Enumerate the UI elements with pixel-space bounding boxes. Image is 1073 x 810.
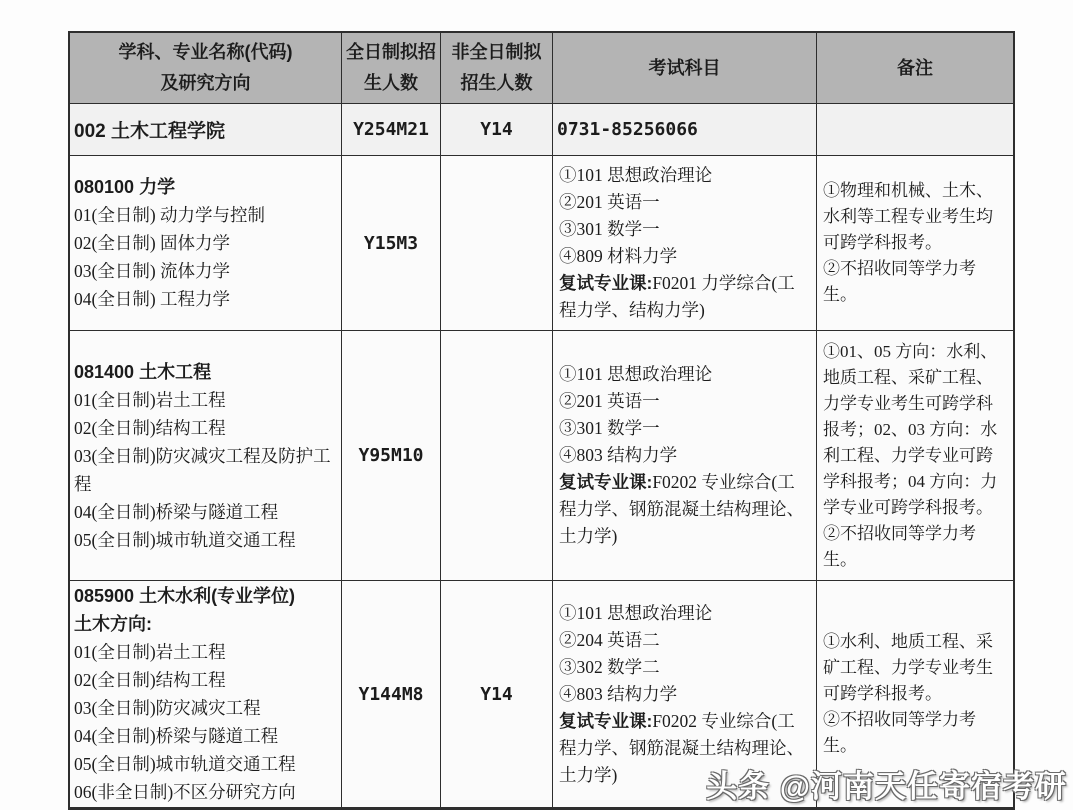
exam-subjects: ①101 思想政治理论 ②204 英语二 ③302 数学二 ④803 结构力学 xyxy=(559,600,812,708)
retest-course: 复试专业课:F0201 力学综合(工程力学、结构力学) xyxy=(559,270,812,324)
program-cell: 081400 土木工程 01(全日制)岩土工程 02(全日制)结构工程 03(全… xyxy=(70,331,342,581)
parttime-quota xyxy=(441,331,553,581)
fulltime-quota: Y95M10 xyxy=(342,331,441,581)
college-phone: 0731-85256066 xyxy=(553,104,817,156)
retest-label: 复试专业课: xyxy=(559,472,652,492)
fulltime-quota: Y15M3 xyxy=(342,156,441,331)
exam-subjects-cell: ①101 思想政治理论 ②201 英语一 ③301 数学一 ④809 材料力学 … xyxy=(553,156,817,331)
program-cell: 080100 力学 01(全日制) 动力学与控制 02(全日制) 固体力学 03… xyxy=(70,156,342,331)
program-subtitle: 土木方向: xyxy=(74,610,335,638)
retest-label: 复试专业课: xyxy=(559,273,652,293)
fulltime-quota: Y144M8 xyxy=(342,581,441,808)
header-exam-column: 考试科目 xyxy=(553,33,817,104)
header-parttime-column: 非全日制拟 招生人数 xyxy=(441,33,553,104)
parttime-quota xyxy=(441,156,553,331)
program-cell: 085900 土木水利(专业学位) 土木方向: 01(全日制)岩土工程 02(全… xyxy=(70,581,342,808)
remarks-cell: ①物理和机械、土木、水利等工程专业考生均可跨学科报考。 ②不招收同等学力考生。 xyxy=(817,156,1013,331)
college-name: 002 土木工程学院 xyxy=(70,104,342,156)
document-page: 学科、专业名称(代码) 及研究方向 全日制拟招 生人数 非全日制拟 招生人数 考… xyxy=(0,0,1073,810)
exam-subjects: ①101 思想政治理论 ②201 英语一 ③301 数学一 ④809 材料力学 xyxy=(559,162,812,270)
program-directions: 01(全日制) 动力学与控制 02(全日制) 固体力学 03(全日制) 流体力学… xyxy=(74,201,335,313)
program-title: 085900 土木水利(专业学位) xyxy=(74,582,335,610)
college-fulltime-quota: Y254M21 xyxy=(342,104,441,156)
retest-course: 复试专业课:F0202 专业综合(工程力学、钢筋混凝土结构理论、土力学) xyxy=(559,469,812,550)
header-remark-column: 备注 xyxy=(817,33,1013,104)
program-title: 080100 力学 xyxy=(74,173,335,201)
retest-label: 复试专业课: xyxy=(559,711,652,731)
watermark: 头条 @河南天任寄宿考研 xyxy=(706,761,1067,806)
program-directions: 01(全日制)岩土工程 02(全日制)结构工程 03(全日制)防灾减灾工程 04… xyxy=(74,638,335,806)
admissions-table: 学科、专业名称(代码) 及研究方向 全日制拟招 生人数 非全日制拟 招生人数 考… xyxy=(68,31,1015,810)
program-directions: 01(全日制)岩土工程 02(全日制)结构工程 03(全日制)防灾减灾工程及防护… xyxy=(74,386,335,554)
college-remark xyxy=(817,104,1013,156)
remarks-cell: ①01、05 方向：水利、地质工程、采矿工程、力学专业考生可跨学科报考；02、0… xyxy=(817,331,1013,581)
header-program-column: 学科、专业名称(代码) 及研究方向 xyxy=(70,33,342,104)
parttime-quota: Y14 xyxy=(441,581,553,808)
college-parttime-quota: Y14 xyxy=(441,104,553,156)
header-fulltime-column: 全日制拟招 生人数 xyxy=(342,33,441,104)
exam-subjects-cell: ①101 思想政治理论 ②201 英语一 ③301 数学一 ④803 结构力学 … xyxy=(553,331,817,581)
exam-subjects: ①101 思想政治理论 ②201 英语一 ③301 数学一 ④803 结构力学 xyxy=(559,361,812,469)
program-title: 081400 土木工程 xyxy=(74,358,335,386)
